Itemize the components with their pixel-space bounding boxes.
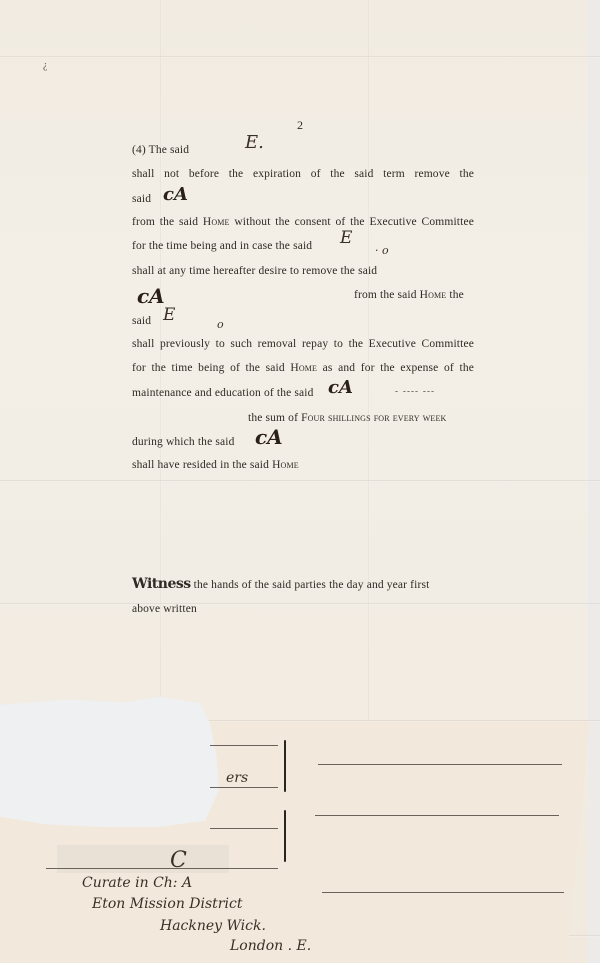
address-line: Eton Mission District [92, 896, 242, 912]
brace [284, 810, 286, 862]
witness-rule [318, 764, 562, 765]
clause-line: for the time being of the said Home as a… [132, 362, 474, 374]
fold-crease [0, 480, 600, 482]
handwritten-initial: E [163, 305, 175, 325]
fold-crease [0, 56, 600, 58]
witness-line: above written [132, 603, 197, 615]
handwritten-mark: o [217, 318, 224, 331]
clause-line: (4) The said [132, 144, 189, 156]
clause-line: maintenance and education of the said [132, 387, 314, 399]
handwritten-initial: cA [163, 184, 188, 205]
handwritten-mark: · o [375, 244, 389, 257]
clause-line: during which the said [132, 436, 234, 448]
clause-line: from the said Home the [354, 289, 464, 301]
page-number: 2 [297, 118, 303, 133]
handwritten-initial: E. [245, 132, 264, 153]
witness-rule [322, 892, 564, 893]
address-line: Curate in Ch: A [82, 875, 192, 891]
clause-line: for the time being and in case the said [132, 240, 312, 252]
clause-line: shall previously to such removal repay t… [132, 338, 474, 350]
signature-rule [210, 787, 278, 788]
signature-rule [46, 868, 278, 869]
clause-line: said [132, 193, 151, 205]
signature-rule [210, 745, 278, 746]
clause-line: shall not before the expiration of the s… [132, 168, 474, 180]
corner-mark: ¿ [43, 60, 47, 71]
fold-crease [0, 603, 600, 605]
handwritten-dashes: - ---- --- [395, 387, 435, 397]
handwritten-initial: cA [137, 284, 165, 308]
brace [284, 740, 286, 792]
clause-line: said [132, 315, 151, 327]
torn-redaction [0, 697, 228, 827]
clause-line: shall at any time hereafter desire to re… [132, 265, 377, 277]
witness-initial: Witness [132, 576, 191, 592]
address-line: Hackney Wick. [160, 918, 266, 934]
handwritten-initial: C [170, 848, 187, 873]
address-line: London . E. [230, 938, 311, 954]
handwritten-partial: ers [226, 770, 248, 786]
handwritten-initial: E [340, 228, 352, 248]
witness-rule [315, 815, 559, 816]
handwritten-initial: cA [255, 425, 283, 449]
clause-line: shall have resided in the said Home [132, 459, 299, 471]
handwritten-initial: cA [328, 377, 353, 398]
clause-line: the sum of Four shillings for every week [248, 412, 446, 424]
clause-line: from the said Home without the consent o… [132, 216, 474, 228]
signature-rule [210, 828, 278, 829]
witness-line: Witness the hands of the said parties th… [132, 576, 429, 592]
